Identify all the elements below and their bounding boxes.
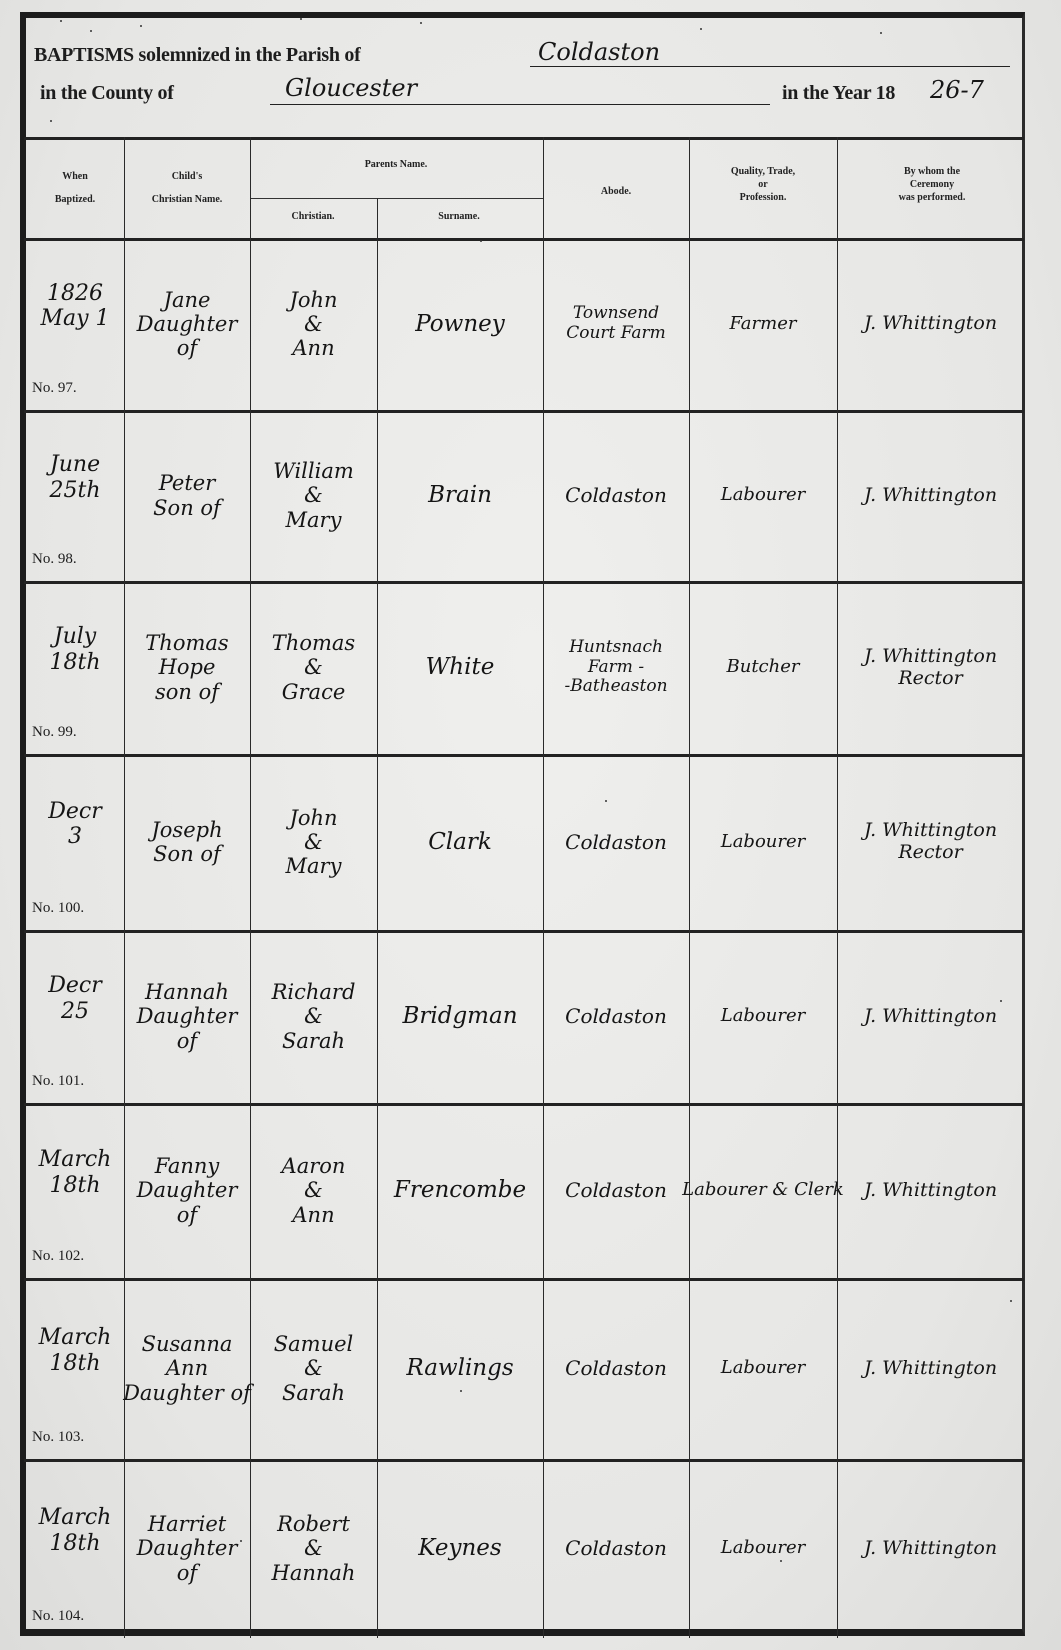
baptism-date: March18th — [28, 1107, 122, 1238]
entry-number: No. 103. — [32, 1429, 84, 1446]
baptism-date-line: 18th — [49, 1173, 100, 1198]
parents-christian-names: Aaron&Ann — [252, 1107, 375, 1274]
quality-trade-profession-line: Labourer — [721, 832, 806, 853]
child-christian-name: SusannaAnnDaughter of — [126, 1282, 248, 1455]
ceremony-performed-by: J. Whittington — [839, 1282, 1022, 1455]
abode-line: Coldaston — [565, 831, 667, 854]
parents-christian-names-line: Robert — [277, 1512, 350, 1536]
scan-speck — [60, 20, 62, 22]
baptism-date-line: March — [39, 1505, 112, 1530]
ceremony-performed-by: J. Whittington — [839, 414, 1022, 577]
row-rule — [24, 581, 1024, 584]
abode-line: Coldaston — [565, 484, 667, 507]
child-christian-name-line: son of — [155, 680, 219, 704]
child-christian-name: FannyDaughterof — [126, 1107, 248, 1274]
parents-surname: Brain — [379, 414, 541, 577]
abode: Coldaston — [545, 1282, 687, 1455]
quality-trade-profession-line: Farmer — [730, 314, 797, 335]
parents-surname-line: Clark — [428, 829, 492, 855]
parents-christian-names: John&Mary — [252, 758, 375, 926]
header-when-baptized: WhenBaptized. — [26, 170, 124, 206]
scan-speck — [240, 1540, 242, 1542]
quality-trade-profession-line: Labourer — [721, 485, 806, 506]
child-christian-name-line: Son of — [153, 496, 221, 520]
child-christian-name-line: Ann — [166, 1356, 208, 1380]
parents-christian-names-line: William — [273, 459, 354, 483]
row-rule — [24, 930, 1024, 933]
scan-speck — [780, 1560, 782, 1562]
scan-speck — [700, 28, 702, 30]
child-christian-name: PeterSon of — [126, 414, 248, 577]
abode: Coldaston — [545, 1107, 687, 1274]
row-rule — [24, 238, 1024, 241]
child-christian-name-line: Son of — [153, 842, 221, 866]
ceremony-performed-by: J. WhittingtonRector — [839, 758, 1022, 926]
header-child-name: Child'sChristian Name. — [124, 170, 250, 206]
ceremony-performed-by: J. Whittington — [839, 1107, 1022, 1274]
parents-christian-names-line: Sarah — [282, 1381, 345, 1405]
ceremony-performed-by: J. Whittington — [839, 934, 1022, 1099]
quality-trade-profession-line: Labourer & Clerk — [682, 1180, 844, 1201]
parents-christian-names: Thomas&Grace — [252, 585, 375, 750]
child-christian-name-line: Joseph — [151, 818, 222, 842]
child-christian-name-line: Jane — [164, 288, 211, 312]
row-rule — [24, 754, 1024, 757]
baptism-date: June25th — [28, 414, 122, 541]
child-christian-name-line: Harriet — [148, 1512, 227, 1536]
parents-christian-names-line: Ann — [292, 1203, 334, 1227]
scan-speck — [1010, 1300, 1012, 1302]
parents-christian-names: William&Mary — [252, 414, 375, 577]
quality-trade-profession-line: Butcher — [727, 657, 800, 678]
ceremony-performed-by-line: J. Whittington — [864, 1180, 997, 1202]
parents-christian-names-line: & — [304, 1178, 323, 1202]
header-parents-christian: Christian. — [250, 210, 376, 223]
scan-speck — [90, 30, 92, 32]
parents-christian-names-line: Mary — [286, 508, 342, 532]
abode: Coldaston — [545, 934, 687, 1099]
parents-surname: Powney — [379, 242, 541, 406]
parents-christian-names-line: John — [289, 288, 337, 312]
parents-surname-line: Powney — [415, 311, 505, 337]
child-christian-name-line: Daughter — [137, 1536, 238, 1560]
child-christian-name-line: of — [177, 1203, 197, 1227]
quality-trade-profession: Labourer — [691, 934, 835, 1099]
baptism-date-line: 18th — [49, 650, 100, 675]
row-rule — [24, 1103, 1024, 1106]
parents-christian-names-line: & — [304, 312, 323, 336]
baptism-date: Decr3 — [28, 758, 122, 890]
baptism-date: 1826May 1 — [28, 242, 122, 370]
abode-line: Coldaston — [565, 1537, 667, 1560]
column-rule — [377, 198, 378, 1638]
entry-number: No. 99. — [32, 724, 77, 741]
abode: Coldaston — [545, 414, 687, 577]
baptism-date-line: 25th — [49, 478, 100, 503]
baptism-date-line: 18th — [49, 1531, 100, 1556]
scan-speck — [140, 25, 142, 27]
entry-number: No. 100. — [32, 900, 84, 917]
child-christian-name-line: Daughter — [137, 312, 238, 336]
title-printed: BAPTISMS solemnized in the Parish of — [34, 44, 360, 66]
abode-line: Coldaston — [565, 1005, 667, 1028]
header-parents-name: Parents Name. — [250, 158, 542, 171]
parents-christian-names: Richard&Sarah — [252, 934, 375, 1099]
column-rule — [250, 137, 251, 1638]
parents-surname-line: White — [426, 654, 495, 680]
parents-surname: Keynes — [379, 1463, 541, 1634]
child-christian-name-line: Fanny — [155, 1154, 220, 1178]
row-rule — [24, 1459, 1024, 1462]
ceremony-performed-by: J. Whittington — [839, 242, 1022, 406]
parents-surname: White — [379, 585, 541, 750]
child-christian-name: JosephSon of — [126, 758, 248, 926]
quality-trade-profession: Labourer — [691, 758, 835, 926]
baptism-date: March18th — [28, 1282, 122, 1419]
scan-speck — [480, 240, 482, 242]
quality-trade-profession: Farmer — [691, 242, 835, 406]
scan-speck — [1000, 1000, 1002, 1002]
column-rule — [689, 137, 690, 1638]
ceremony-performed-by: J. WhittingtonRector — [839, 585, 1022, 750]
parents-surname-line: Rawlings — [406, 1355, 513, 1381]
parents-christian-names-line: Sarah — [282, 1029, 345, 1053]
parents-subheader-rule — [250, 198, 543, 199]
parents-surname: Bridgman — [379, 934, 541, 1099]
header-quality: Quality, Trade,orProfession. — [689, 165, 837, 204]
parents-christian-names-line: Grace — [282, 680, 346, 704]
scan-speck — [300, 18, 302, 20]
baptism-date: Decr25 — [28, 934, 122, 1063]
abode-line: Court Farm — [566, 324, 666, 344]
parents-christian-names-line: Aaron — [282, 1154, 346, 1178]
child-christian-name-line: Thomas — [145, 631, 228, 655]
baptism-date-line: March — [39, 1325, 112, 1350]
baptism-date-line: 1826 — [47, 281, 103, 306]
quality-trade-profession-line: Labourer — [721, 1358, 806, 1379]
parents-christian-names-line: & — [304, 1356, 323, 1380]
baptism-date-line: 18th — [49, 1351, 100, 1376]
scan-speck — [605, 800, 607, 802]
parents-christian-names-line: Richard — [272, 980, 356, 1004]
parish-name: Coldaston — [538, 40, 660, 64]
column-rule — [837, 137, 838, 1638]
baptism-date-line: July — [54, 624, 96, 649]
year-value: 26-7 — [930, 78, 984, 102]
parents-christian-names-line: Mary — [286, 854, 342, 878]
parents-surname: Rawlings — [379, 1282, 541, 1455]
ceremony-performed-by-line: J. Whittington — [864, 1538, 997, 1560]
child-christian-name-line: of — [177, 1561, 197, 1585]
parents-christian-names-line: & — [304, 483, 323, 507]
parents-christian-names-line: Samuel — [274, 1332, 354, 1356]
parents-surname-line: Brain — [428, 482, 492, 508]
baptism-date-line: March — [39, 1147, 112, 1172]
quality-trade-profession: Labourer — [691, 414, 835, 577]
parents-christian-names: John&Ann — [252, 242, 375, 406]
ceremony-performed-by-line: Rector — [898, 668, 962, 690]
parents-christian-names-line: Ann — [292, 336, 334, 360]
quality-trade-profession: Labourer — [691, 1282, 835, 1455]
parents-surname-line: Bridgman — [402, 1003, 517, 1029]
row-rule — [24, 1278, 1024, 1281]
baptism-date-line: June — [50, 452, 100, 477]
abode: Coldaston — [545, 1463, 687, 1634]
register-title: BAPTISMS solemnized in the Parish of — [34, 44, 360, 67]
child-christian-name-line: Daughter of — [123, 1381, 251, 1405]
baptism-date-line: Decr — [48, 799, 102, 824]
ceremony-performed-by-line: J. Whittington — [864, 1358, 997, 1380]
scan-speck — [460, 1390, 462, 1392]
parents-christian-names-line: & — [304, 830, 323, 854]
child-christian-name: JaneDaughterof — [126, 242, 248, 406]
baptism-date: March18th — [28, 1463, 122, 1598]
column-rule — [543, 137, 544, 1638]
scan-speck — [880, 32, 882, 34]
parents-christian-names-line: Thomas — [272, 631, 355, 655]
abode-line: Townsend — [573, 304, 659, 324]
ceremony-performed-by-line: J. Whittington — [864, 313, 997, 335]
parents-christian-names-line: John — [289, 806, 337, 830]
county-name: Gloucester — [285, 76, 417, 100]
entry-number: No. 97. — [32, 380, 77, 397]
baptism-date-line: 3 — [68, 824, 82, 849]
baptism-date: July18th — [28, 585, 122, 714]
year-label: in the Year 18 — [782, 82, 895, 105]
ceremony-performed-by-line: Rector — [898, 842, 962, 864]
header-abode: Abode. — [543, 185, 689, 198]
parents-christian-names-line: & — [304, 1536, 323, 1560]
abode: Coldaston — [545, 758, 687, 926]
parents-surname-line: Frencombe — [394, 1177, 526, 1203]
parents-surname-line: Keynes — [418, 1535, 501, 1561]
child-christian-name-line: Hope — [159, 655, 216, 679]
entry-number: No. 98. — [32, 551, 77, 568]
abode-line: Huntsnach — [569, 638, 663, 658]
child-christian-name-line: Daughter — [137, 1178, 238, 1202]
baptism-date-line: Decr — [48, 973, 102, 998]
parents-surname: Clark — [379, 758, 541, 926]
quality-trade-profession: Labourer — [691, 1463, 835, 1634]
child-christian-name-line: Susanna — [142, 1332, 233, 1356]
quality-trade-profession: Labourer & Clerk — [691, 1107, 835, 1274]
parents-christian-names: Samuel&Sarah — [252, 1282, 375, 1455]
parents-christian-names-line: & — [304, 1004, 323, 1028]
ceremony-performed-by-line: J. Whittington — [864, 485, 997, 507]
scan-speck — [420, 22, 422, 24]
ceremony-performed-by-line: J. Whittington — [864, 820, 997, 842]
child-christian-name-line: of — [177, 336, 197, 360]
parents-christian-names: Robert&Hannah — [252, 1463, 375, 1634]
abode: TownsendCourt Farm — [545, 242, 687, 406]
child-christian-name-line: Peter — [159, 471, 216, 495]
entry-number: No. 101. — [32, 1073, 84, 1090]
row-rule — [24, 410, 1024, 413]
baptism-date-line: 25 — [61, 999, 89, 1024]
parents-christian-names-line: & — [304, 655, 323, 679]
parish-fill-line — [530, 66, 1010, 67]
abode: HuntsnachFarm --Batheaston — [545, 585, 687, 750]
child-christian-name-line: of — [177, 1029, 197, 1053]
header-top-rule — [24, 137, 1024, 140]
entry-number: No. 104. — [32, 1608, 84, 1625]
abode-line: Coldaston — [565, 1357, 667, 1380]
scan-speck — [50, 120, 52, 122]
quality-trade-profession-line: Labourer — [721, 1538, 806, 1559]
ceremony-performed-by: J. Whittington — [839, 1463, 1022, 1634]
child-christian-name: HarrietDaughterof — [126, 1463, 248, 1634]
child-christian-name-line: Daughter — [137, 1004, 238, 1028]
child-christian-name: ThomasHopeson of — [126, 585, 248, 750]
quality-trade-profession-line: Labourer — [721, 1006, 806, 1027]
column-rule — [124, 137, 125, 1638]
parents-surname: Frencombe — [379, 1107, 541, 1274]
header-parents-surname: Surname. — [376, 210, 542, 223]
register-page: BAPTISMS solemnized in the Parish of Col… — [0, 0, 1061, 1650]
abode-line: Coldaston — [565, 1179, 667, 1202]
county-label: in the County of — [40, 82, 174, 105]
quality-trade-profession: Butcher — [691, 585, 835, 750]
abode-line: -Batheaston — [564, 677, 667, 697]
child-christian-name: HannahDaughterof — [126, 934, 248, 1099]
child-christian-name-line: Hannah — [145, 980, 229, 1004]
abode-line: Farm - — [588, 658, 644, 678]
parents-christian-names-line: Hannah — [272, 1561, 356, 1585]
ceremony-performed-by-line: J. Whittington — [864, 1006, 997, 1028]
county-fill-line — [270, 104, 770, 105]
ceremony-performed-by-line: J. Whittington — [864, 646, 997, 668]
header-ceremony-by: By whom theCeremonywas performed. — [837, 165, 1027, 204]
baptism-date-line: May 1 — [40, 306, 109, 331]
entry-number: No. 102. — [32, 1248, 84, 1265]
